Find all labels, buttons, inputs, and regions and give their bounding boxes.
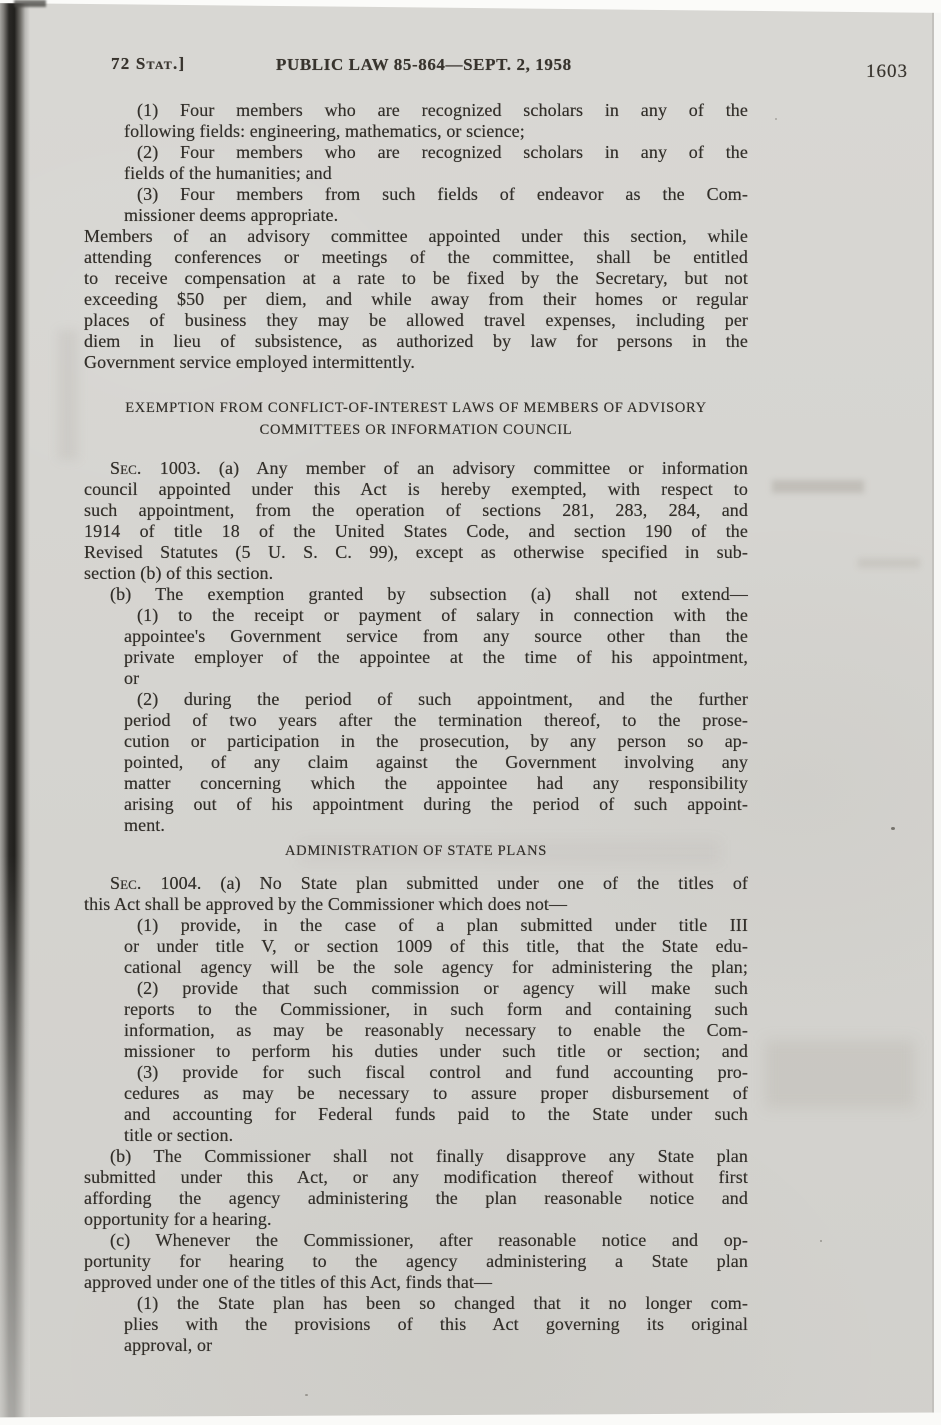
text-line: fields of the humanities; and (124, 163, 748, 184)
text-line: (b) The Commissioner shall not finally d… (84, 1146, 748, 1167)
text-line: private employer of the appointee at the… (124, 647, 748, 668)
numbered-clause-1: (1) Four members who are recognized scho… (84, 100, 748, 142)
text-line: pointed, of any claim against the Govern… (124, 752, 748, 773)
text-line: (2) during the period of such appointmen… (124, 689, 748, 710)
text-line: following fields: engineering, mathemati… (124, 121, 748, 142)
ink-bleed-ghost (858, 558, 920, 568)
section-heading-administration: ADMINISTRATION OF STATE PLANS (84, 841, 748, 863)
text-line: (2) provide that such commission or agen… (124, 978, 748, 999)
text-line: exceeding $50 per diem, and while away f… (84, 289, 748, 310)
ink-bleed-ghost (58, 330, 78, 460)
text-line: (1) Four members who are recognized scho… (124, 100, 748, 121)
text-line: and accounting for Federal funds paid to… (124, 1104, 748, 1125)
text-line: (2) Four members who are recognized scho… (124, 142, 748, 163)
text-line: appointee's Government service from any … (124, 626, 748, 647)
text-line: this Act shall be approved by the Commis… (84, 894, 748, 915)
section-1003-paragraph: Sec. 1003. (a) Any member of an advisory… (84, 458, 748, 584)
section-label: Sec. 1004. (110, 873, 201, 893)
numbered-clause-1004-2: (2) provide that such commission or agen… (84, 978, 748, 1062)
text-line: ment. (124, 815, 748, 836)
text-line: missioner to perform his duties under su… (124, 1041, 748, 1062)
text-line: submitted under this Act, or any modific… (84, 1167, 748, 1188)
law-title: PUBLIC LAW 85-864—SEPT. 2, 1958 (276, 55, 572, 75)
text-line: opportunity for a hearing. (84, 1209, 748, 1230)
text-line: Sec. 1004. (a) No State plan submitted u… (84, 873, 748, 894)
body-paragraph: Members of an advisory committee appoint… (84, 226, 748, 373)
numbered-clause-3: (3) Four members from such fields of end… (84, 184, 748, 226)
ink-bleed-ghost (765, 1040, 915, 1108)
text-line: approval, or (124, 1335, 748, 1356)
text-line: (1) the State plan has been so changed t… (124, 1293, 748, 1314)
text-line: Revised Statutes (5 U. S. C. 99), except… (84, 542, 748, 563)
text-line: information, as may be reasonably necess… (124, 1020, 748, 1041)
page-edge-top (0, 0, 941, 14)
text-line: Sec. 1003. (a) Any member of an advisory… (84, 458, 748, 479)
text-run: (a) No State plan submitted under one of… (201, 873, 748, 893)
text-line: 1914 of title 18 of the United States Co… (84, 521, 748, 542)
text-line: (1) to the receipt or payment of salary … (124, 605, 748, 626)
numbered-clause-b1: (1) to the receipt or payment of salary … (84, 605, 748, 689)
text-line: affording the agency administering the p… (84, 1188, 748, 1209)
text-line: places of business they may be allowed t… (84, 310, 748, 331)
text-line: (3) provide for such fiscal control and … (124, 1062, 748, 1083)
text-line: or under title V, or section 1009 of thi… (124, 936, 748, 957)
text-line: (1) provide, in the case of a plan submi… (124, 915, 748, 936)
section-heading-line: EXEMPTION FROM CONFLICT-OF-INTEREST LAWS… (84, 398, 748, 420)
text-line: portunity for hearing to the agency admi… (84, 1251, 748, 1272)
text-line: arising out of his appointment during th… (124, 794, 748, 815)
text-line: (b) The exemption granted by subsection … (84, 584, 748, 605)
numbered-clause-c1: (1) the State plan has been so changed t… (84, 1293, 748, 1356)
text-line: approved under one of the titles of this… (84, 1272, 748, 1293)
section-heading-line: ADMINISTRATION OF STATE PLANS (84, 841, 748, 863)
numbered-clause-1004-1: (1) provide, in the case of a plan submi… (84, 915, 748, 978)
numbered-clause-1004-3: (3) provide for such fiscal control and … (84, 1062, 748, 1146)
text-line: diem in lieu of subsistence, as authoriz… (84, 331, 748, 352)
page-edge-bottom (0, 1409, 941, 1425)
text-line: missioner deems appropriate. (124, 205, 748, 226)
text-line: section (b) of this section. (84, 563, 748, 584)
section-heading-line: COMMITTEES OR INFORMATION COUNCIL (84, 420, 748, 442)
ink-bleed-ghost (772, 480, 864, 493)
section-label: Sec. 1003. (110, 458, 201, 478)
numbered-clause-b2: (2) during the period of such appointmen… (84, 689, 748, 836)
text-line: or (124, 668, 748, 689)
text-run: (a) Any member of an advisory committee … (201, 458, 748, 478)
page-number: 1603 (866, 61, 908, 83)
page-edge-right (932, 0, 941, 1425)
text-line: (c) Whenever the Commissioner, after rea… (84, 1230, 748, 1251)
section-heading-exemption: EXEMPTION FROM CONFLICT-OF-INTEREST LAWS… (84, 398, 748, 441)
text-line: plies with the provisions of this Act go… (124, 1314, 748, 1335)
text-line: to receive compensation at a rate to be … (84, 268, 748, 289)
binding-shadow (0, 0, 30, 1425)
subsection-b-paragraph: (b) The Commissioner shall not finally d… (84, 1146, 748, 1230)
paper-speck (305, 1394, 308, 1396)
statute-volume-label: 72 Stat.] (111, 54, 185, 74)
text-column: (1) Four members who are recognized scho… (84, 100, 748, 1356)
text-line: Members of an advisory committee appoint… (84, 226, 748, 247)
text-line: title or section. (124, 1125, 748, 1146)
text-line: attending conferences or meetings of the… (84, 247, 748, 268)
text-line: cution or participation in the prosecuti… (124, 731, 748, 752)
subsection-c-paragraph: (c) Whenever the Commissioner, after rea… (84, 1230, 748, 1293)
numbered-clause-2: (2) Four members who are recognized scho… (84, 142, 748, 184)
paper-speck (820, 1240, 822, 1242)
text-line: matter concerning which the appointee ha… (124, 773, 748, 794)
paper-speck (891, 827, 895, 830)
scan-artifact (14, 0, 46, 7)
subsection-b-intro: (b) The exemption granted by subsection … (84, 584, 748, 605)
text-line: period of two years after the terminatio… (124, 710, 748, 731)
text-line: cedures as may be necessary to assure pr… (124, 1083, 748, 1104)
text-line: cational agency will be the sole agency … (124, 957, 748, 978)
text-line: council appointed under this Act is here… (84, 479, 748, 500)
text-line: (3) Four members from such fields of end… (124, 184, 748, 205)
paper-speck (775, 118, 777, 120)
text-line: such appointment, from the operation of … (84, 500, 748, 521)
text-line: reports to the Commissioner, in such for… (124, 999, 748, 1020)
text-line: Government service employed intermittent… (84, 352, 748, 373)
section-1004-paragraph: Sec. 1004. (a) No State plan submitted u… (84, 873, 748, 915)
